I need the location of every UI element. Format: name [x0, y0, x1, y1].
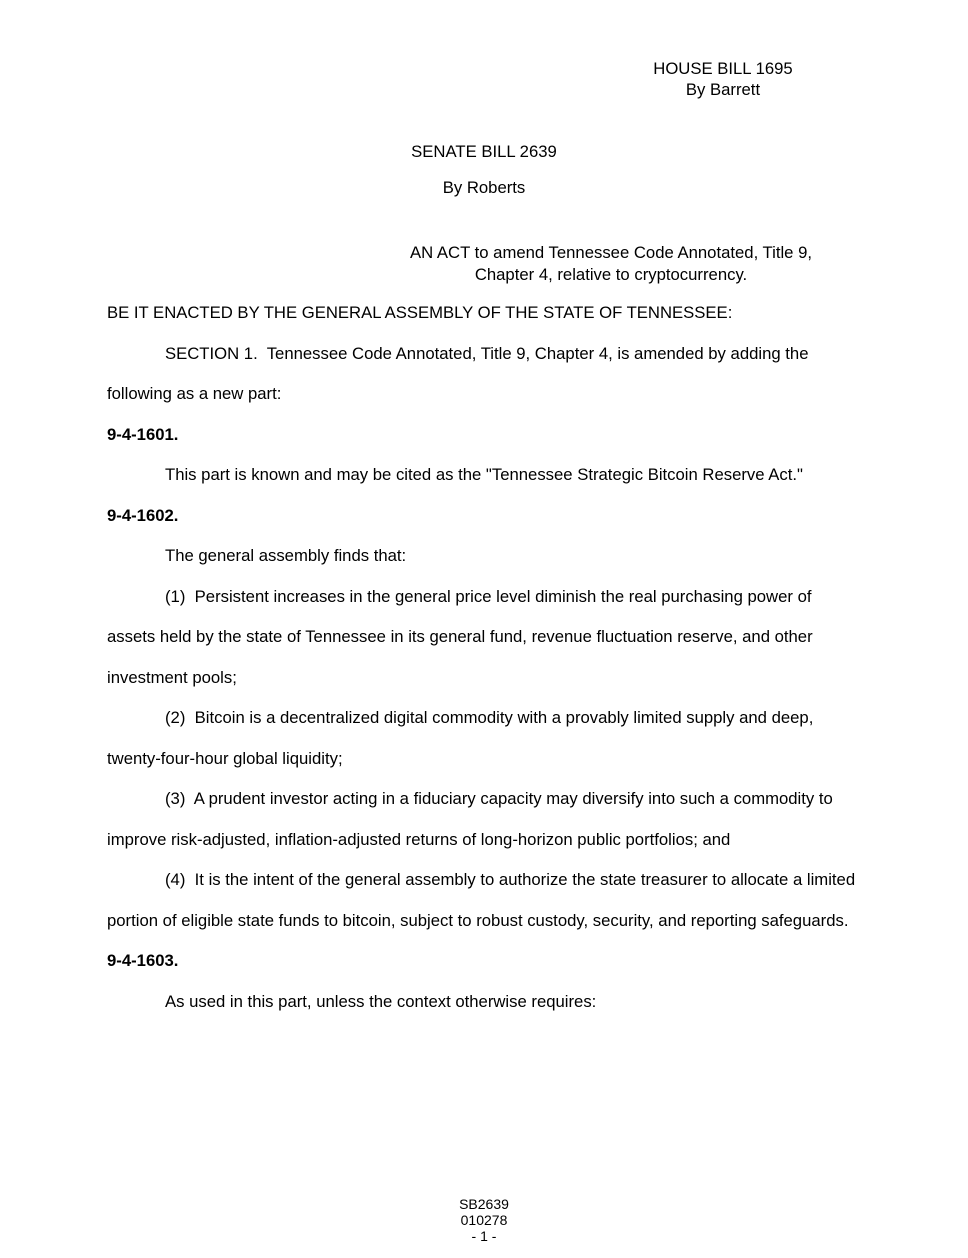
- senate-bill-sponsor: By Roberts: [0, 177, 968, 198]
- house-bill-title: HOUSE BILL 1695: [523, 59, 923, 80]
- section-1-text: SECTION 1. Tennessee Code Annotated, Tit…: [107, 334, 861, 415]
- senate-bill-title: SENATE BILL 2639: [0, 141, 968, 162]
- footer-bill-number: SB2639: [0, 1197, 968, 1213]
- code-heading-9-4-1602: 9-4-1602.: [107, 496, 861, 537]
- act-caption: AN ACT to amend Tennessee Code Annotated…: [381, 242, 841, 285]
- bill-body: BE IT ENACTED BY THE GENERAL ASSEMBLY OF…: [107, 293, 861, 1022]
- house-bill-header: HOUSE BILL 1695 By Barrett: [523, 59, 923, 100]
- finding-4: (4) It is the intent of the general asse…: [107, 860, 861, 941]
- finding-3: (3) A prudent investor acting in a fiduc…: [107, 779, 861, 860]
- section-1601-text: This part is known and may be cited as t…: [107, 455, 861, 496]
- house-bill-sponsor: By Barrett: [523, 80, 923, 101]
- page-footer: SB2639 010278 - 1 -: [0, 1197, 968, 1244]
- section-1602-intro: The general assembly finds that:: [107, 536, 861, 577]
- code-heading-9-4-1601: 9-4-1601.: [107, 415, 861, 456]
- bill-document-page: HOUSE BILL 1695 By Barrett SENATE BILL 2…: [0, 0, 968, 1258]
- footer-page-number: - 1 -: [0, 1229, 968, 1245]
- footer-doc-number: 010278: [0, 1213, 968, 1229]
- finding-2: (2) Bitcoin is a decentralized digital c…: [107, 698, 861, 779]
- section-1603-intro: As used in this part, unless the context…: [107, 982, 861, 1023]
- finding-1: (1) Persistent increases in the general …: [107, 577, 861, 699]
- enacting-clause: BE IT ENACTED BY THE GENERAL ASSEMBLY OF…: [107, 293, 861, 334]
- code-heading-9-4-1603: 9-4-1603.: [107, 941, 861, 982]
